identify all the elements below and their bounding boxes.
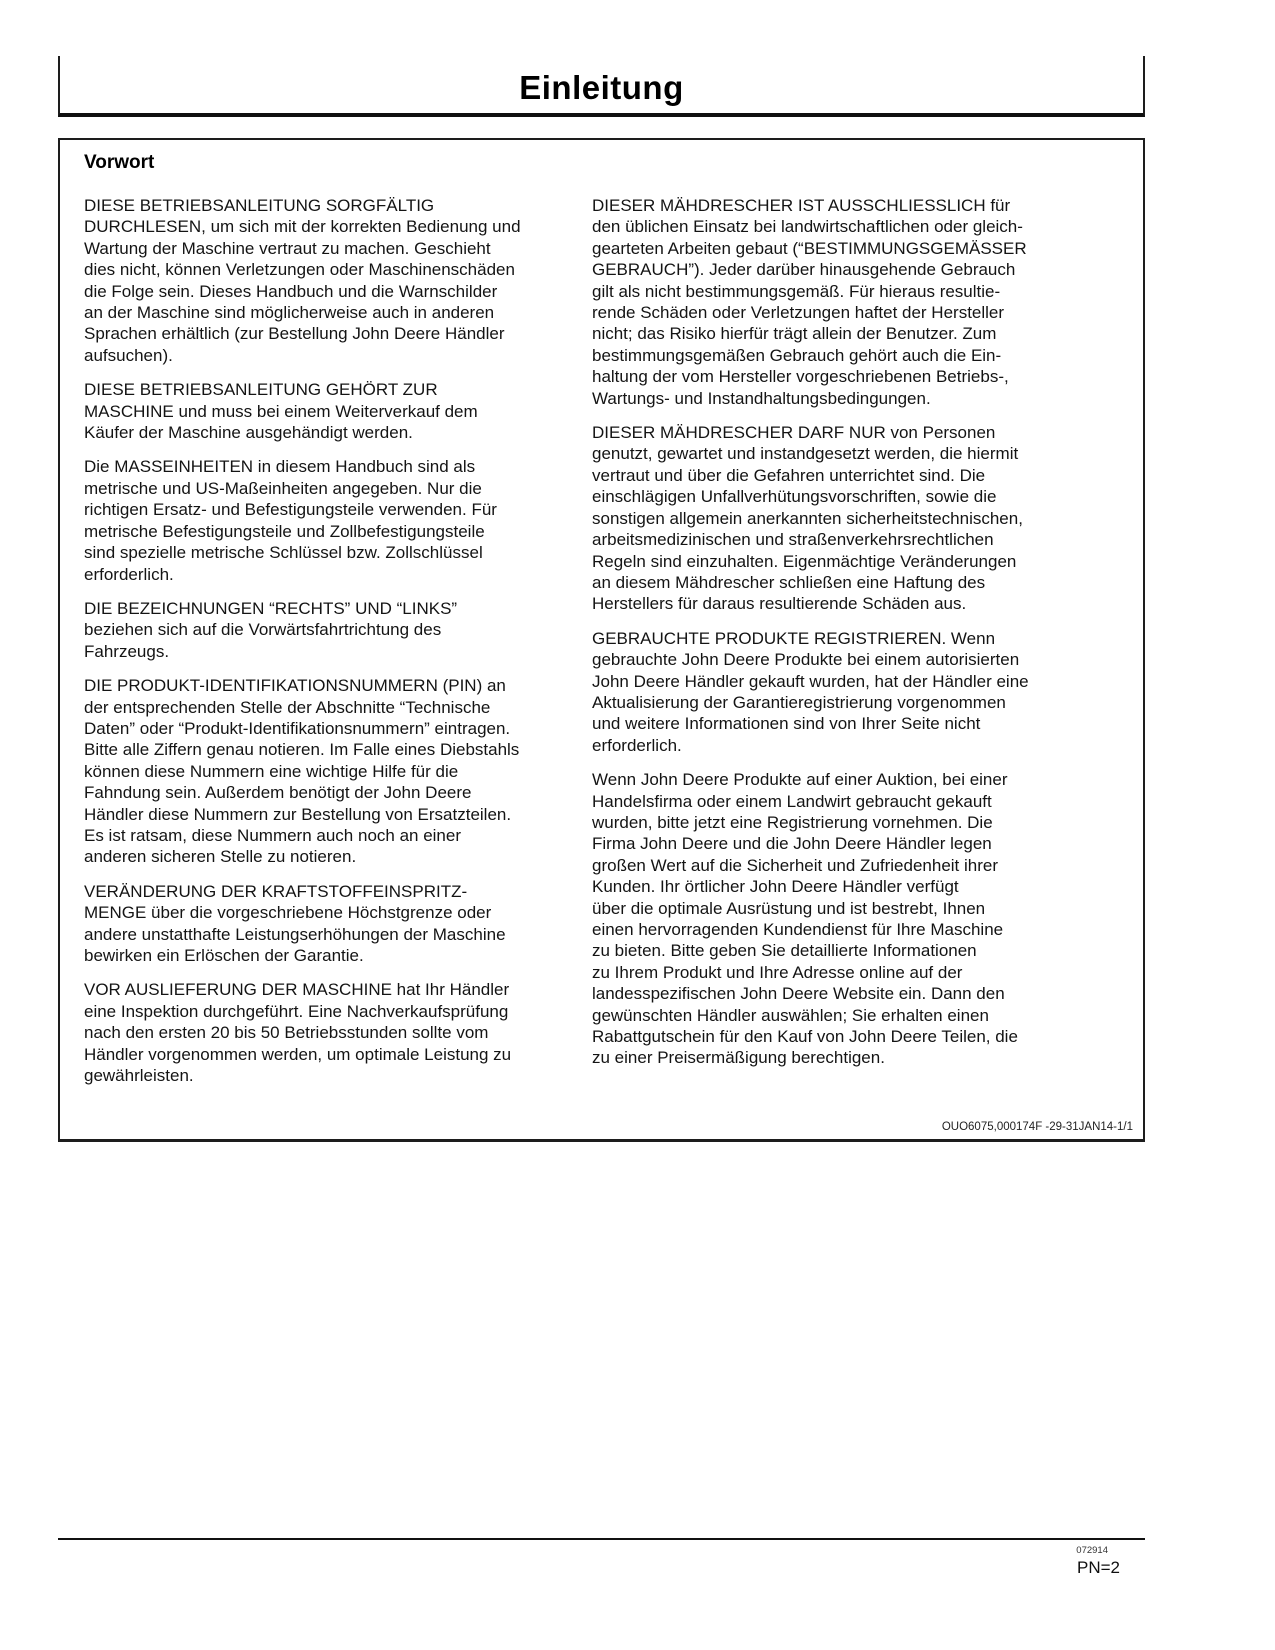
doc-reference-code: OUO6075,000174F -29-31JAN14-1/1: [942, 1121, 1133, 1133]
two-column-text: DIESE BETRIEBSANLEITUNG SORGFÄLTIG DURCH…: [84, 195, 1143, 1099]
paragraph: Die MASSEINHEITEN in diesem Handbuch sin…: [84, 456, 566, 584]
paragraph: DIESE BETRIEBSANLEITUNG SORGFÄLTIG DURCH…: [84, 195, 566, 366]
paragraph: DIE BEZEICHNUNGEN “RECHTS” UND “LINKS” b…: [84, 598, 566, 662]
paragraph: GEBRAUCHTE PRODUKTE REGISTRIEREN. Wenn g…: [592, 628, 1074, 756]
footer-divider: [58, 1538, 1145, 1540]
paragraph: VERÄNDERUNG DER KRAFTSTOFFEINSPRITZ- MEN…: [84, 881, 566, 967]
page-header: Einleitung: [58, 56, 1145, 117]
left-column: DIESE BETRIEBSANLEITUNG SORGFÄLTIG DURCH…: [84, 195, 566, 1099]
vorwort-section: Vorwort DIESE BETRIEBSANLEITUNG SORGFÄLT…: [58, 138, 1145, 1142]
paragraph: VOR AUSLIEFERUNG DER MASCHINE hat Ihr Hä…: [84, 979, 566, 1086]
paragraph: DIE PRODUKT-IDENTIFIKATIONSNUMMERN (PIN)…: [84, 675, 566, 868]
print-code: 072914: [58, 1545, 1108, 1556]
right-column: DIESER MÄHDRESCHER IST AUSSCHLIESSLICH f…: [592, 195, 1074, 1099]
page-title: Einleitung: [519, 69, 684, 107]
paragraph: DIESE BETRIEBSANLEITUNG GEHÖRT ZUR MASCH…: [84, 379, 566, 443]
manual-page: Einleitung Vorwort DIESE BETRIEBSANLEITU…: [0, 0, 1275, 1650]
section-heading: Vorwort: [84, 152, 1143, 174]
page-number: PN=2: [58, 1558, 1120, 1578]
paragraph: DIESER MÄHDRESCHER DARF NUR von Personen…: [592, 422, 1074, 615]
paragraph: Wenn John Deere Produkte auf einer Aukti…: [592, 769, 1074, 1069]
paragraph: DIESER MÄHDRESCHER IST AUSSCHLIESSLICH f…: [592, 195, 1074, 409]
